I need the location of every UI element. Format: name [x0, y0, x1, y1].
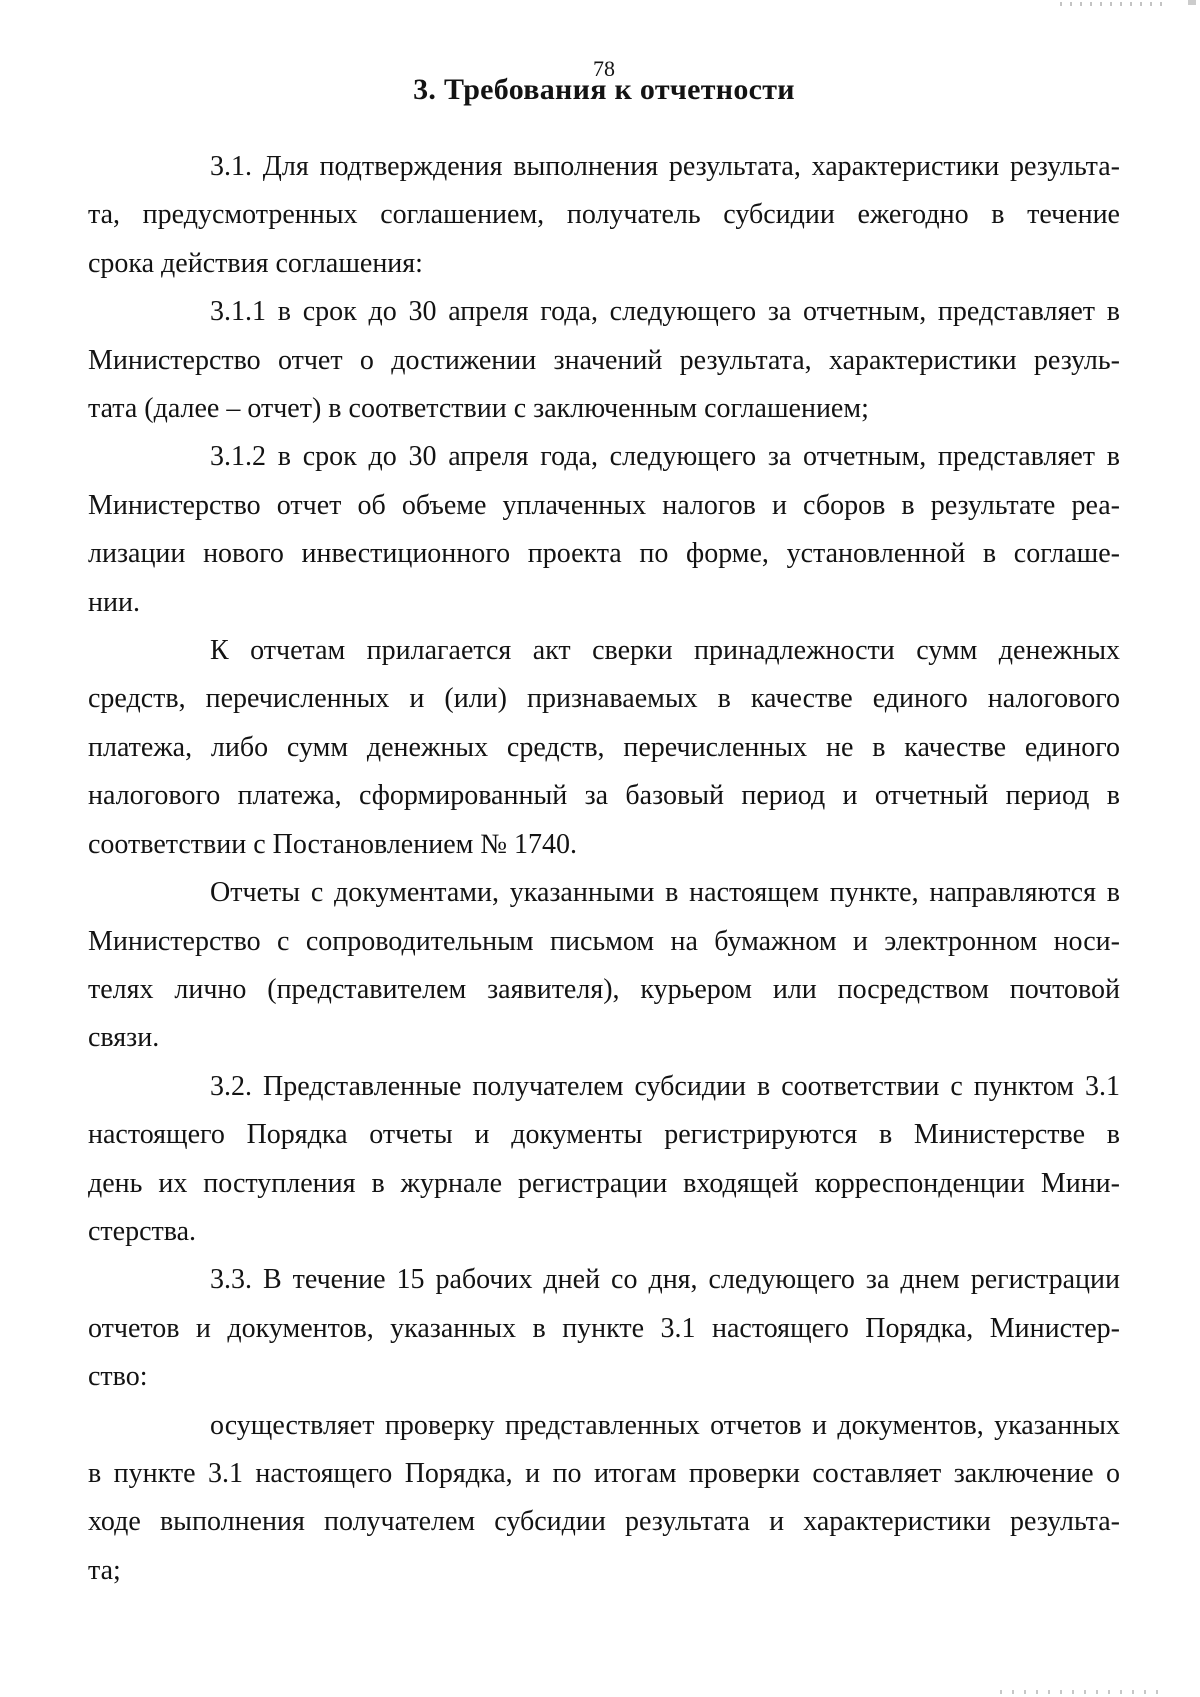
text-line-otchety-napravlyayutsya: Министерство с сопроводительным письмом …: [88, 918, 1120, 966]
text-line-3.1: 3.1. Для подтверждения выполнения резуль…: [88, 143, 1120, 191]
scan-artifact-top-right: [1060, 2, 1170, 6]
text-line-3.2: настоящего Порядка отчеты и документы ре…: [88, 1111, 1120, 1159]
text-line-3.3: отчетов и документов, указанных в пункте…: [88, 1305, 1120, 1353]
text-line-act-sverki: соответствии с Постановлением № 1740.: [88, 821, 1120, 869]
text-line-3.3: ство:: [88, 1353, 1120, 1401]
text-line-3.1.1: 3.1.1 в срок до 30 апреля года, следующе…: [88, 288, 1120, 336]
section-heading: 3. Требования к отчетности: [88, 70, 1120, 110]
text-line-osushchestvlyaet-proverku: та;: [88, 1547, 1120, 1595]
text-line-3.1.2: лизации нового инвестиционного проекта п…: [88, 530, 1120, 578]
scan-artifact-bottom-right: [1000, 1690, 1160, 1694]
text-line-act-sverki: платежа, либо сумм денежных средств, пер…: [88, 724, 1120, 772]
text-line-osushchestvlyaet-proverku: ходе выполнения получателем субсидии рез…: [88, 1498, 1120, 1546]
text-line-osushchestvlyaet-proverku: осуществляет проверку представленных отч…: [88, 1402, 1120, 1450]
text-line-3.1.1: Министерство отчет о достижении значений…: [88, 337, 1120, 385]
text-line-3.1.2: Министерство отчет об объеме уплаченных …: [88, 482, 1120, 530]
text-line-3.3: 3.3. В течение 15 рабочих дней со дня, с…: [88, 1256, 1120, 1304]
text-line-act-sverki: К отчетам прилагается акт сверки принадл…: [88, 627, 1120, 675]
text-line-3.1.2: нии.: [88, 579, 1120, 627]
text-line-3.2: стерства.: [88, 1208, 1120, 1256]
document-body: 3.1. Для подтверждения выполнения резуль…: [88, 143, 1120, 1595]
text-line-3.2: 3.2. Представленные получателем субсидии…: [88, 1063, 1120, 1111]
text-line-3.2: день их поступления в журнале регистраци…: [88, 1160, 1120, 1208]
text-line-otchety-napravlyayutsya: телях лично (представителем заявителя), …: [88, 966, 1120, 1014]
text-line-otchety-napravlyayutsya: связи.: [88, 1014, 1120, 1062]
text-line-3.1.1: тата (далее – отчет) в соответствии с за…: [88, 385, 1120, 433]
text-line-act-sverki: средств, перечисленных и (или) признавае…: [88, 675, 1120, 723]
text-line-3.1: срока действия соглашения:: [88, 240, 1120, 288]
scan-artifact-corner: [1188, 0, 1196, 5]
text-line-otchety-napravlyayutsya: Отчеты с документами, указанными в насто…: [88, 869, 1120, 917]
text-line-3.1.2: 3.1.2 в срок до 30 апреля года, следующе…: [88, 433, 1120, 481]
text-line-act-sverki: налогового платежа, сформированный за ба…: [88, 772, 1120, 820]
text-line-osushchestvlyaet-proverku: в пункте 3.1 настоящего Порядка, и по ит…: [88, 1450, 1120, 1498]
text-line-3.1: та, предусмотренных соглашением, получат…: [88, 191, 1120, 239]
document-page: 78 3. Требования к отчетности 3.1. Для п…: [0, 0, 1200, 1697]
